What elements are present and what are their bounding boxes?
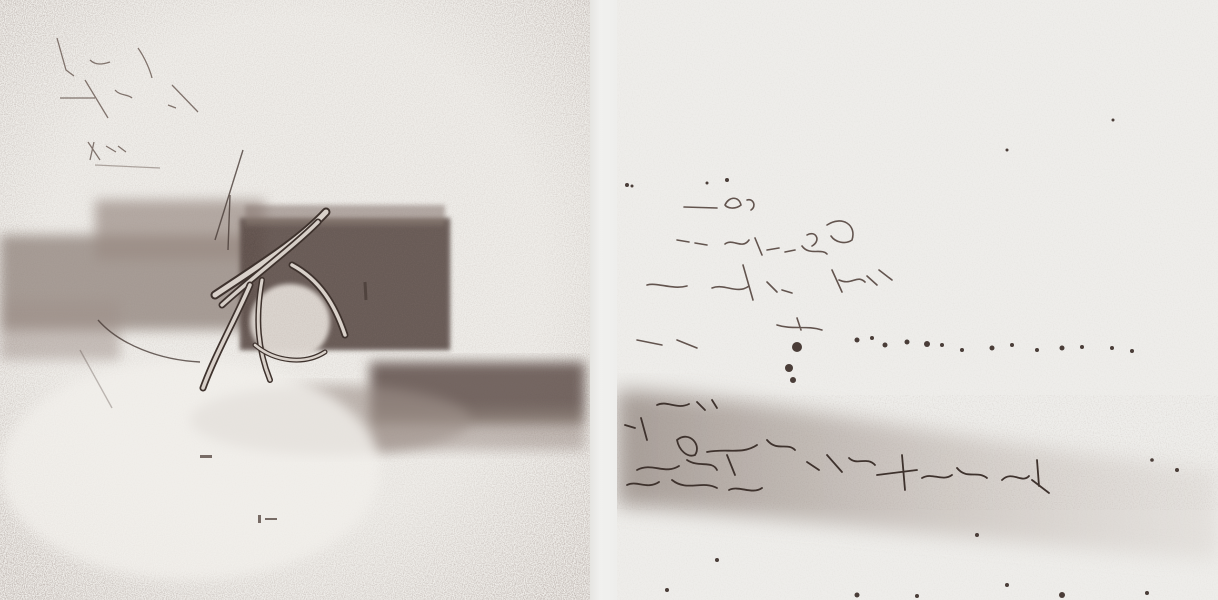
left-print-artwork (0, 0, 590, 600)
print-gutter (590, 0, 617, 600)
right-print-panel (617, 0, 1218, 600)
right-print-artwork (617, 0, 1218, 600)
left-print-panel (0, 0, 590, 600)
foreground-light (0, 360, 380, 580)
